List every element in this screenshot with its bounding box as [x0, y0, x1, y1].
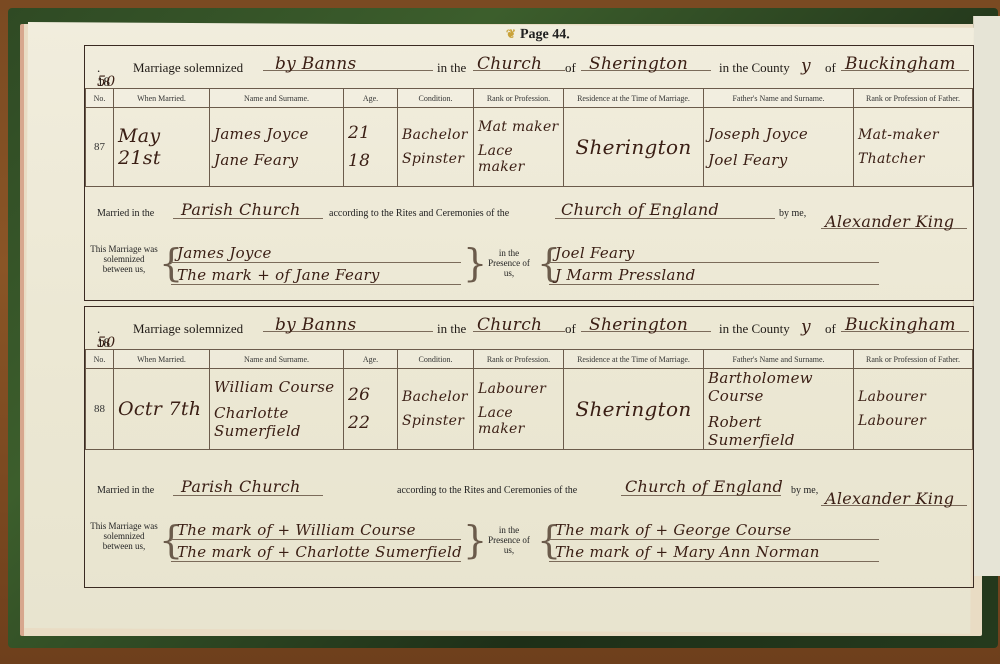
bride-condition: Spinster [402, 151, 469, 167]
register-table: No.When Married.Name and Surname.Age.Con… [85, 349, 973, 450]
bride-rank: Lace maker [478, 405, 559, 437]
witness-1: The mark of + George Course [555, 521, 792, 539]
county-name: Buckingham [845, 315, 956, 335]
groom-age: 26 [348, 385, 393, 405]
table-row: 87 May 21st James Joyce Jane Feary 21 18… [86, 108, 973, 187]
ornament-icon: ❦ [506, 27, 516, 41]
groom-rank: Mat maker [478, 119, 559, 135]
table-row: 88 Octr 7th William Course Charlotte Sum… [86, 369, 973, 450]
when-married: Octr 7th [114, 369, 210, 450]
column-header: No. [86, 350, 114, 369]
signatures-block: This Marriage was solemnized between us,… [85, 519, 973, 571]
column-header: Age. [344, 89, 398, 108]
bride-father: Robert Sumerfield [708, 413, 849, 449]
bride-father-rank: Thatcher [858, 151, 968, 167]
signature-2: The mark of + Charlotte Sumerfield [177, 543, 462, 561]
column-header: Residence at the Time of Marriage. [564, 89, 704, 108]
residence: Sherington [564, 108, 704, 187]
groom-age: 21 [348, 123, 393, 143]
entry-header: 1850. Marriage solemnized by Banns in th… [85, 307, 973, 347]
signature-2: The mark + of Jane Feary [177, 266, 380, 284]
bride-rank: Lace maker [478, 143, 559, 175]
groom-name: William Course [214, 378, 339, 396]
of-label: of [565, 60, 576, 76]
witness-1: Joel Feary [555, 244, 635, 262]
column-header: Age. [344, 350, 398, 369]
column-header: Condition. [398, 89, 474, 108]
bride-name: Charlotte Sumerfield [214, 404, 339, 440]
rites: Church of England [561, 200, 719, 219]
county-label: in the County [719, 321, 790, 337]
column-header: No. [86, 89, 114, 108]
groom-father-rank: Labourer [858, 389, 968, 405]
groom-condition: Bachelor [402, 389, 469, 405]
bride-father-rank: Labourer [858, 413, 968, 429]
column-header: Father's Name and Surname. [704, 89, 854, 108]
column-header: Rank or Profession of Father. [854, 350, 973, 369]
column-header: Rank or Profession of Father. [854, 89, 973, 108]
bride-age: 18 [348, 151, 393, 171]
column-header: Name and Surname. [210, 89, 344, 108]
county-label: in the County [719, 60, 790, 76]
in-the-label: in the [437, 321, 466, 337]
married-in: Parish Church [181, 200, 301, 219]
signature-1: The mark of + William Course [177, 521, 416, 539]
rites: Church of England [625, 477, 783, 496]
column-header: When Married. [114, 89, 210, 108]
married-in-line: Married in the Parish Church according t… [85, 475, 973, 505]
entry-number: 87 [86, 108, 114, 187]
adjacent-page [973, 16, 1000, 576]
column-header: Rank or Profession. [474, 350, 564, 369]
column-header: Rank or Profession. [474, 89, 564, 108]
entry-number: 88 [86, 369, 114, 450]
page-number: ❦Page 44. [506, 27, 570, 43]
bride-condition: Spinster [402, 413, 469, 429]
witness-2: The mark of + Mary Ann Norman [555, 543, 820, 561]
solemnized-by: by Banns [275, 315, 357, 335]
solemnized-label: Marriage solemnized [133, 321, 243, 337]
married-in-line: Married in the Parish Church according t… [85, 198, 973, 228]
marriage-entry: 1850. Marriage solemnized by Banns in th… [84, 45, 974, 301]
solemnized-label: Marriage solemnized [133, 60, 243, 76]
in-the-label: in the [437, 60, 466, 76]
groom-name: James Joyce [214, 125, 339, 143]
officiant: Alexander King [825, 489, 954, 508]
place-name: Sherington [589, 315, 688, 335]
groom-father: Joseph Joyce [708, 125, 849, 143]
officiant: Alexander King [825, 212, 954, 231]
groom-father: Bartholomew Course [708, 369, 849, 405]
county-name: Buckingham [845, 54, 956, 74]
year: 1850. [97, 321, 100, 337]
groom-father-rank: Mat-maker [858, 127, 968, 143]
groom-condition: Bachelor [402, 127, 469, 143]
column-header: When Married. [114, 350, 210, 369]
column-header: Name and Surname. [210, 350, 344, 369]
entry-header: 1850. Marriage solemnized by Banns in th… [85, 46, 973, 86]
bride-father: Joel Feary [708, 151, 849, 169]
groom-rank: Labourer [478, 381, 559, 397]
signature-1: James Joyce [177, 244, 272, 262]
bride-age: 22 [348, 413, 393, 433]
place-type: Church [477, 315, 542, 335]
when-married: May 21st [114, 108, 210, 187]
residence: Sherington [564, 369, 704, 450]
witness-2: J Marm Pressland [555, 266, 696, 284]
column-header: Condition. [398, 350, 474, 369]
of-label: of [565, 321, 576, 337]
signatures-block: This Marriage was solemnized between us,… [85, 242, 973, 294]
year: 1850. [97, 60, 100, 76]
register-table: No.When Married.Name and Surname.Age.Con… [85, 88, 973, 187]
column-header: Father's Name and Surname. [704, 350, 854, 369]
marriage-entry: 1850. Marriage solemnized by Banns in th… [84, 306, 974, 588]
bride-name: Jane Feary [214, 151, 339, 169]
married-in: Parish Church [181, 477, 301, 496]
solemnized-by: by Banns [275, 54, 357, 74]
column-header: Residence at the Time of Marriage. [564, 350, 704, 369]
place-type: Church [477, 54, 542, 74]
place-name: Sherington [589, 54, 688, 74]
